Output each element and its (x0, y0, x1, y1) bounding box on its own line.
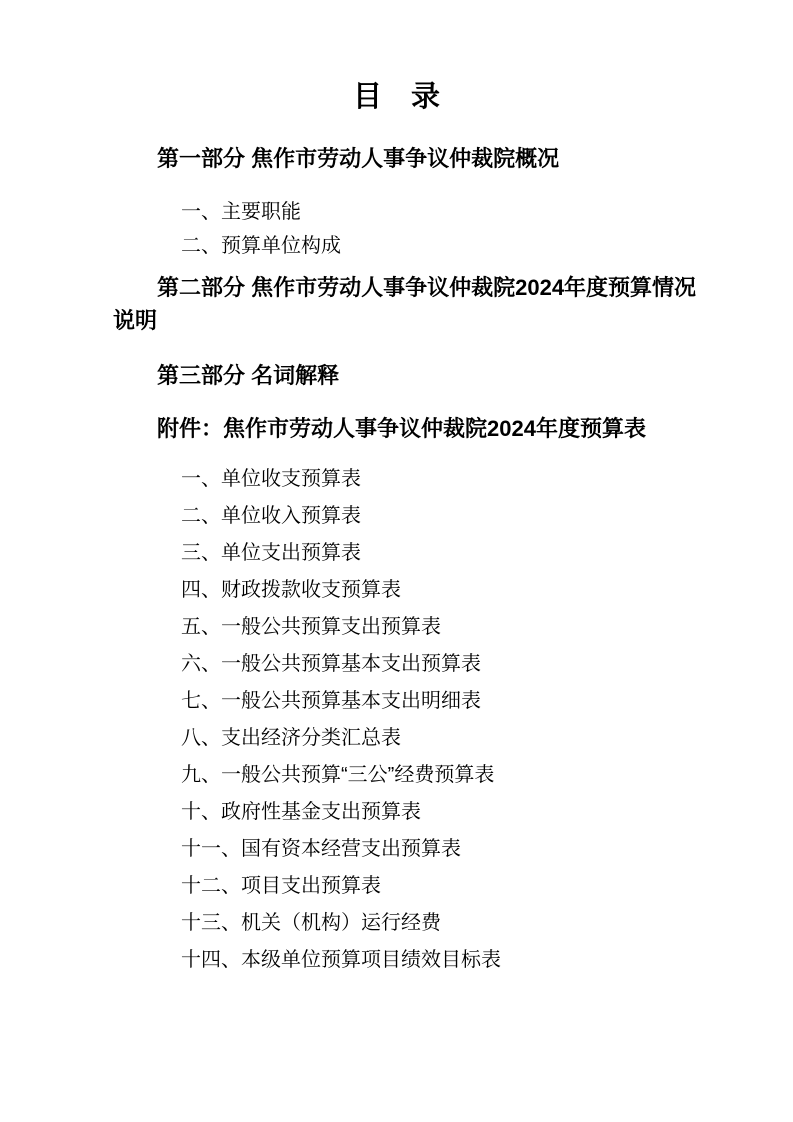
toc-item: 三、单位支出预算表 (113, 543, 713, 564)
toc-item: 九、一般公共预算“三公”经费预算表 (113, 765, 713, 786)
part2-heading: 第二部分 焦作市劳动人事争议仲裁院2024年度预算情况说明 (113, 271, 713, 337)
toc-item: 七、一般公共预算基本支出明细表 (113, 691, 713, 712)
toc-item: 十二、项目支出预算表 (113, 876, 713, 897)
part1-heading: 第一部分 焦作市劳动人事争议仲裁院概况 (113, 142, 713, 175)
toc-item: 四、财政拨款收支预算表 (113, 580, 713, 601)
toc-item: 十三、机关（机构）运行经费 (113, 913, 713, 934)
document-page: 目 录 第一部分 焦作市劳动人事争议仲裁院概况 一、主要职能 二、预算单位构成 … (0, 0, 793, 1122)
attachment-heading: 附件：焦作市劳动人事争议仲裁院2024年度预算表 (113, 412, 713, 445)
toc-item: 六、一般公共预算基本支出预算表 (113, 654, 713, 675)
toc-item: 十四、本级单位预算项目绩效目标表 (113, 950, 713, 971)
toc-item: 一、单位收支预算表 (113, 469, 713, 490)
toc-item: 八、支出经济分类汇总表 (113, 728, 713, 749)
toc-item: 二、预算单位构成 (113, 236, 713, 257)
toc-item: 十、政府性基金支出预算表 (113, 802, 713, 823)
toc-item: 十一、国有资本经营支出预算表 (113, 839, 713, 860)
document-title: 目 录 (0, 82, 793, 112)
toc-item: 二、单位收入预算表 (113, 506, 713, 527)
toc-item: 五、一般公共预算支出预算表 (113, 617, 713, 638)
part1-item-list: 一、主要职能 二、预算单位构成 (113, 202, 713, 257)
part3-heading: 第三部分 名词解释 (113, 359, 713, 392)
attachment-item-list: 一、单位收支预算表 二、单位收入预算表 三、单位支出预算表 四、财政拨款收支预算… (113, 469, 713, 971)
toc-item: 一、主要职能 (113, 202, 713, 223)
